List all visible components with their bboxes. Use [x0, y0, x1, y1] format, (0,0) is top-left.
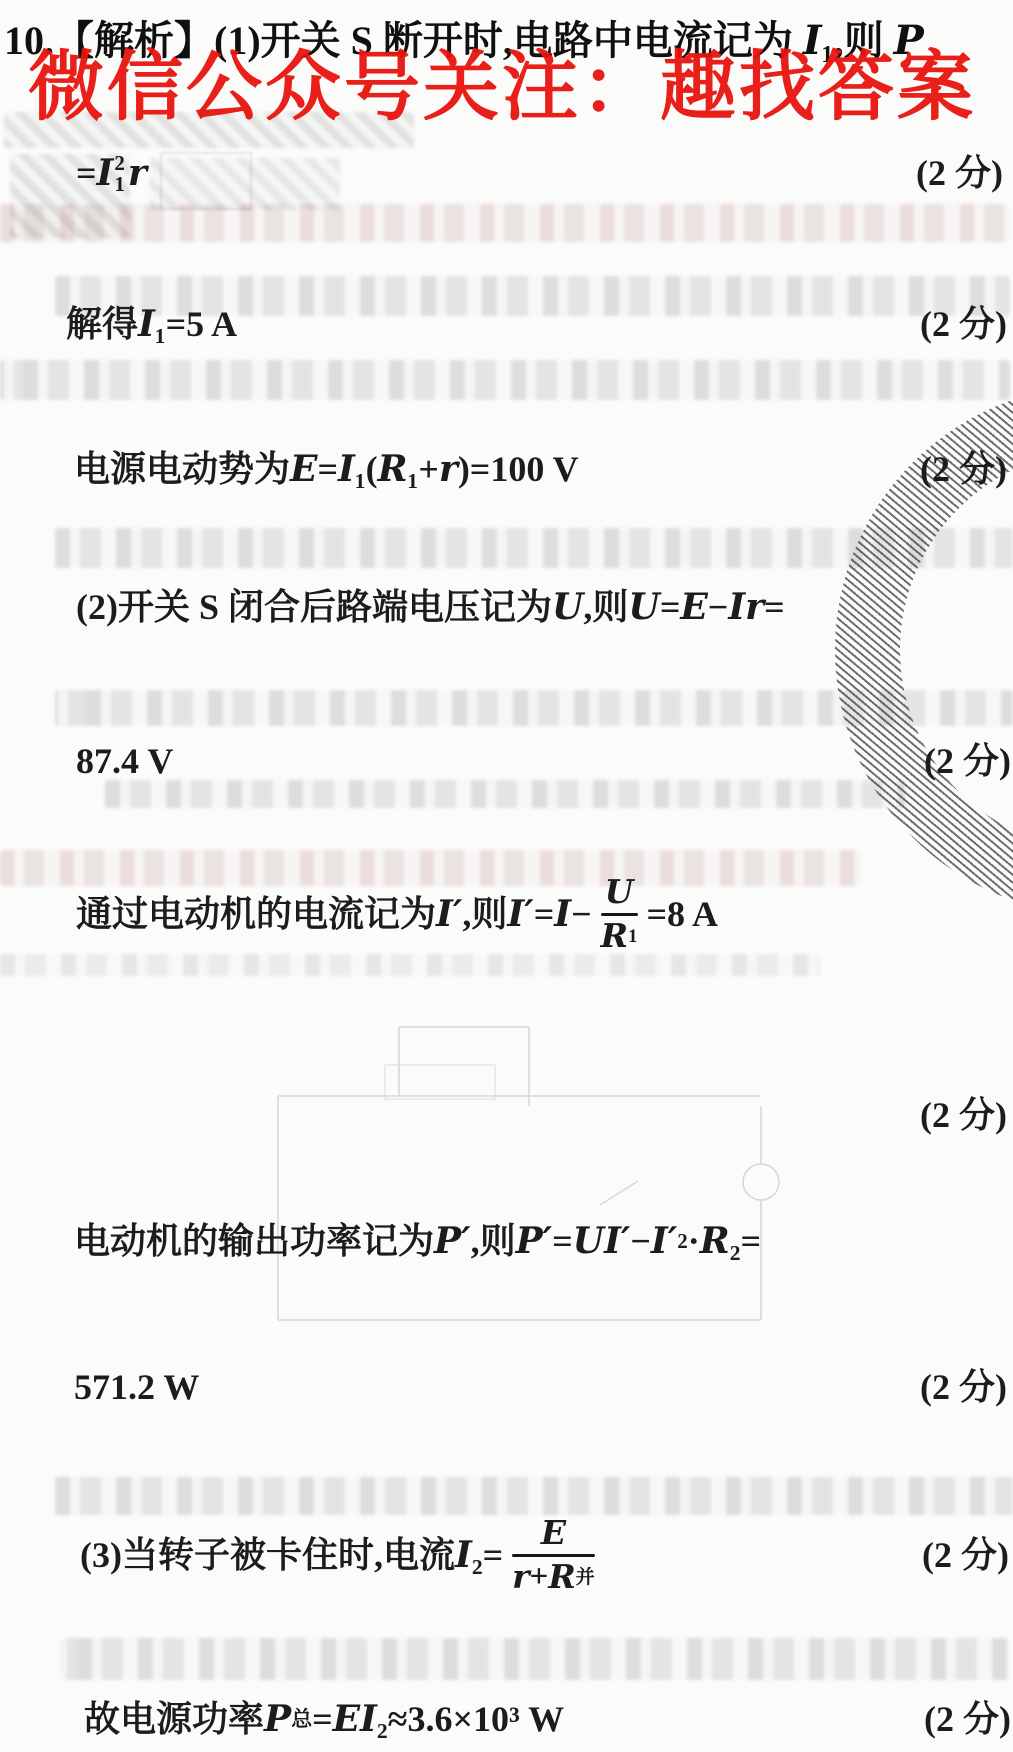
- var-E: E: [290, 448, 317, 490]
- bleed-through-row: [0, 204, 1010, 242]
- stacked-supsub: 21: [114, 153, 125, 195]
- formula: 电动机的输出功率记为 P′,则 P′=UI′−I′2 · R₂=: [74, 1220, 761, 1262]
- var-R: R: [548, 1560, 575, 1595]
- var-U: U: [552, 586, 583, 628]
- var-UI-prime: UI′: [573, 1220, 631, 1262]
- formula: =I21r: [76, 152, 147, 194]
- solution-step-output-power: 电动机的输出功率记为 P′,则 P′=UI′−I′2 · R₂=: [74, 1220, 761, 1262]
- var-P-prime: P′: [516, 1220, 553, 1262]
- bleed-through-row: [55, 1477, 1013, 1515]
- formula: (3)当转子被卡住时,电流 I₂=Er+R并: [80, 1516, 604, 1594]
- fraction-U-over-R1: UR1: [601, 875, 638, 953]
- var-I-prime: I′: [651, 1220, 677, 1262]
- score-badge: (2 分): [920, 303, 1007, 345]
- var-R: R: [601, 919, 628, 954]
- var-Ir: Ir: [728, 586, 764, 628]
- solution-step-terminal-voltage: (2)开关 S 闭合后路端电压记为 U,则 U=E−Ir=: [76, 586, 785, 628]
- scanned-answer-sheet: { "watermark": { "text": "微信公众号关注：趣找答案",…: [0, 0, 1013, 1752]
- score-badge: (2 分): [916, 152, 1003, 194]
- var-I: I: [138, 303, 155, 345]
- var-I: I: [554, 893, 571, 935]
- var-r: r: [512, 1560, 529, 1595]
- var-R: R: [378, 448, 408, 490]
- score-badge: (2 分): [924, 740, 1011, 782]
- var-I-prime: I′: [436, 893, 462, 935]
- var-I: I: [455, 1534, 472, 1576]
- formula: 故电源功率 P总=EI₂≈3.6×10³ W: [84, 1698, 564, 1740]
- var-E: E: [680, 586, 707, 628]
- var-EI: EI: [333, 1698, 377, 1740]
- circuit-diagram-ghost: [260, 1010, 780, 1340]
- score-badge: (2 分): [920, 448, 1007, 490]
- ammeter-icon: [743, 1164, 779, 1200]
- var-U: U: [605, 875, 634, 910]
- solution-step-power-value: 571.2 W (2 分): [74, 1366, 1007, 1408]
- formula: 通过电动机的电流记为 I′,则 I′=I−UR1=8 A: [76, 875, 718, 953]
- score-only-line: (2 分): [74, 1094, 1007, 1136]
- bleed-through-row: [60, 1638, 1010, 1680]
- formula: (2)开关 S 闭合后路端电压记为 U,则 U=E−Ir=: [76, 586, 785, 628]
- formula: 电源电动势为 E=I₁(R₁+r)=100 V: [74, 448, 579, 490]
- bleed-through-row: [55, 528, 1013, 568]
- solution-step-voltage-value: 87.4 V (2 分): [76, 740, 1011, 782]
- solution-step-locked-rotor: (3)当转子被卡住时,电流 I₂=Er+R并 (2 分): [80, 1512, 1009, 1598]
- score-badge: (2 分): [920, 1366, 1007, 1408]
- solution-step-power-formula: =I21r (2 分): [76, 152, 1003, 194]
- score-badge: (2 分): [924, 1698, 1011, 1740]
- bleed-through-row: [55, 690, 1013, 726]
- solution-step-source-power: 故电源功率 P总=EI₂≈3.6×10³ W (2 分): [84, 1698, 1011, 1740]
- bleed-through-row: [105, 780, 905, 808]
- circuit-switch-ghost: [600, 1181, 638, 1205]
- score-badge: (2 分): [922, 1534, 1009, 1576]
- var-I: I: [338, 448, 355, 490]
- formula: 解得 I₁=5 A: [66, 303, 237, 345]
- var-E: E: [541, 1516, 566, 1551]
- score-badge: (2 分): [920, 1094, 1007, 1136]
- var-I: I: [97, 152, 114, 194]
- var-U: U: [628, 586, 659, 628]
- var-r: r: [128, 152, 147, 194]
- var-r: r: [439, 448, 458, 490]
- var-I-prime: I′: [507, 893, 533, 935]
- value-text: 571.2 W: [74, 1366, 199, 1408]
- bleed-through-row: [0, 360, 1010, 400]
- var-P: P: [264, 1698, 291, 1740]
- solution-step-motor-current: 通过电动机的电流记为 I′,则 I′=I−UR1=8 A: [76, 862, 718, 966]
- var-P-prime: P′: [434, 1220, 471, 1262]
- solution-step-emf: 电源电动势为 E=I₁(R₁+r)=100 V (2 分): [74, 448, 1007, 490]
- fraction-E-over-r-plus-R: Er+R并: [512, 1516, 595, 1594]
- watermark-overlay: 微信公众号关注：趣找答案: [28, 26, 976, 135]
- solution-step-solve-current: 解得 I₁=5 A (2 分): [66, 303, 1007, 345]
- value-text: 87.4 V: [76, 740, 173, 782]
- var-R: R: [700, 1220, 730, 1262]
